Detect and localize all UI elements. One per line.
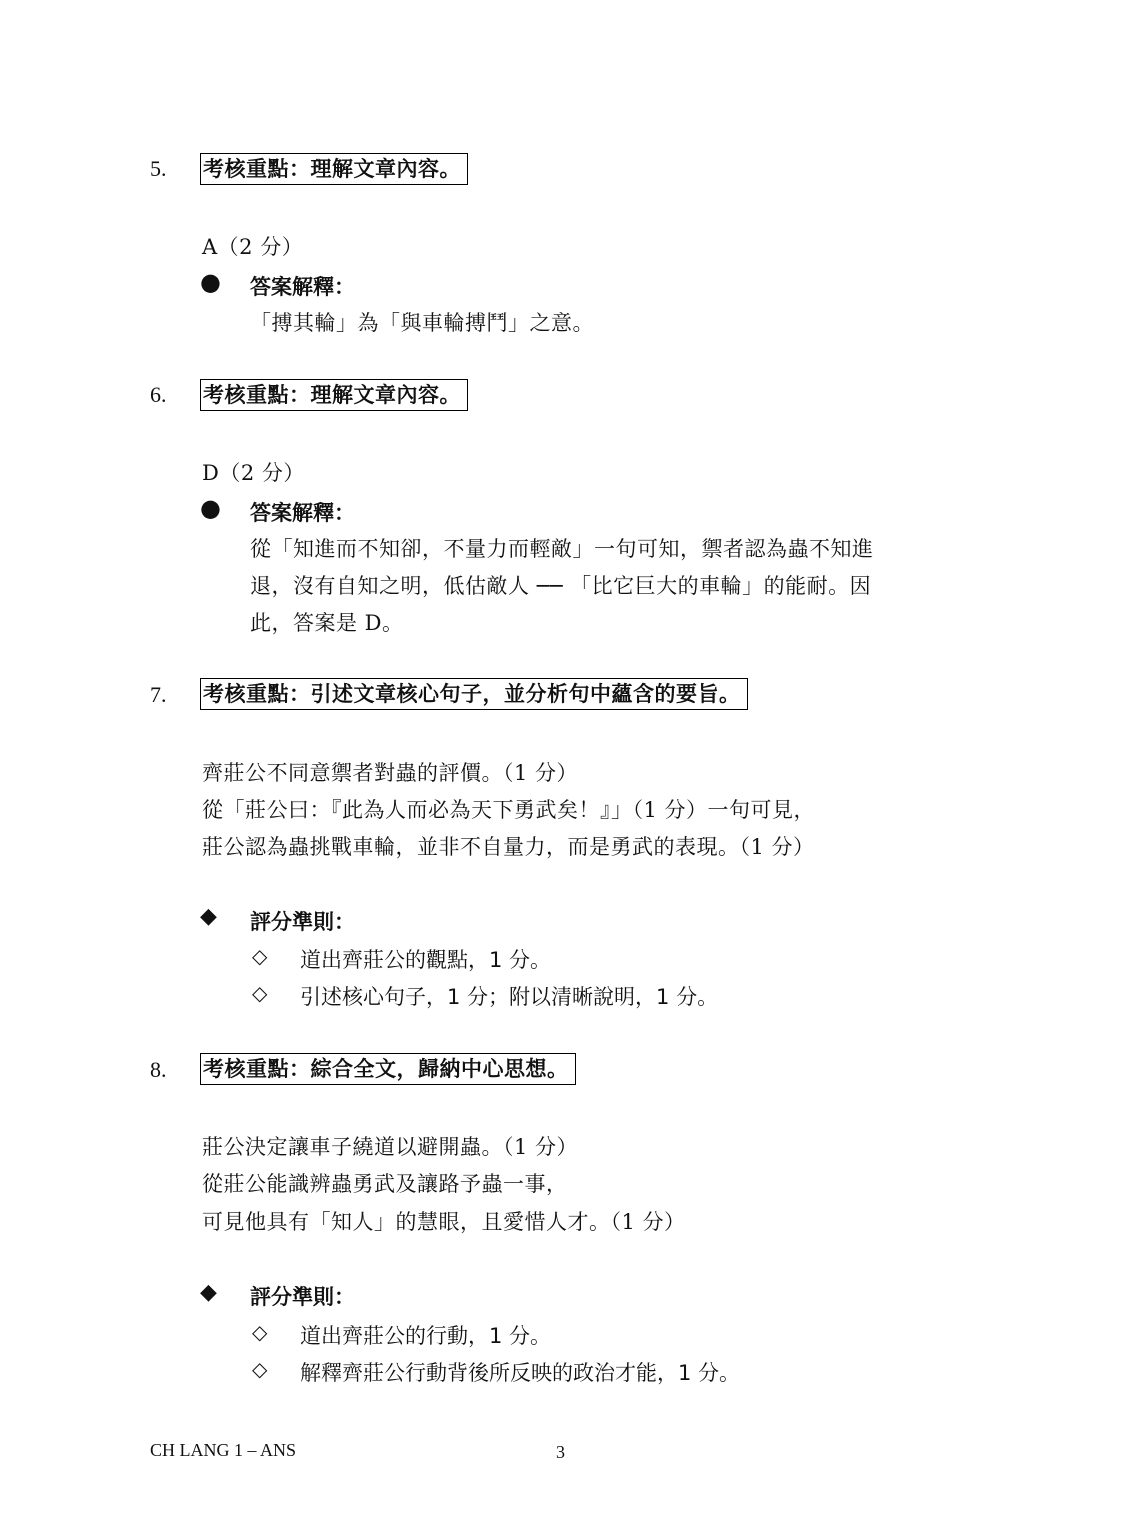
criteria-label: 評分準則： bbox=[250, 1281, 355, 1311]
answer-choice: D（2 分） bbox=[202, 457, 305, 487]
explanation-line: 退，沒有自知之明，低估敵人 ── 「比它巨大的車輪」的能耐。因 bbox=[250, 570, 871, 600]
assessment-focus-box: 考核重點：引述文章核心句子，並分析句中蘊含的要旨。 bbox=[200, 678, 748, 710]
answer-line: 從「莊公曰：『此為人而必為天下勇武矣！』」（1 分）一句可見， bbox=[202, 794, 815, 824]
page-number: 3 bbox=[556, 1442, 565, 1463]
hollow-diamond-icon: ◇ bbox=[252, 981, 267, 1005]
diamond-icon: ◆ bbox=[200, 904, 217, 929]
explanation-line: 從「知進而不知卻，不量力而輕敵」一句可知，禦者認為蟲不知進 bbox=[250, 533, 874, 563]
answer-line: 莊公認為蟲挑戰車輪，並非不自量力，而是勇武的表現。（1 分） bbox=[202, 831, 815, 861]
hollow-diamond-icon: ◇ bbox=[252, 1320, 267, 1344]
explanation-label: 答案解釋： bbox=[250, 497, 355, 527]
criteria-label: 評分準則： bbox=[250, 906, 355, 936]
bullet-icon: ● bbox=[200, 268, 221, 296]
diamond-icon: ◆ bbox=[200, 1280, 217, 1305]
criterion-item: 引述核心句子，1 分；附以清晰說明，1 分。 bbox=[300, 981, 718, 1011]
answer-choice: A（2 分） bbox=[202, 231, 303, 261]
assessment-focus-box: 考核重點：綜合全文，歸納中心思想。 bbox=[200, 1053, 576, 1085]
bullet-icon: ● bbox=[200, 494, 221, 522]
answer-line: 齊莊公不同意禦者對蟲的評價。（1 分） bbox=[202, 757, 578, 787]
assessment-focus-box: 考核重點：理解文章內容。 bbox=[200, 153, 468, 185]
assessment-focus-box: 考核重點：理解文章內容。 bbox=[200, 379, 468, 411]
answer-line: 可見他具有「知人」的慧眼，且愛惜人才。（1 分） bbox=[202, 1206, 686, 1236]
answer-line: 莊公決定讓車子繞道以避開蟲。（1 分） bbox=[202, 1131, 578, 1161]
explanation-label: 答案解釋： bbox=[250, 271, 355, 301]
criterion-item: 道出齊莊公的行動，1 分。 bbox=[300, 1320, 551, 1350]
hollow-diamond-icon: ◇ bbox=[252, 944, 267, 968]
explanation-line: 「搏其輪」為「與車輪搏鬥」之意。 bbox=[250, 307, 594, 337]
criterion-item: 解釋齊莊公行動背後所反映的政治才能，1 分。 bbox=[300, 1357, 740, 1387]
criterion-item: 道出齊莊公的觀點，1 分。 bbox=[300, 944, 551, 974]
hollow-diamond-icon: ◇ bbox=[252, 1357, 267, 1381]
explanation-line: 此，答案是 D。 bbox=[250, 607, 404, 637]
question-number: 7. bbox=[150, 682, 167, 708]
question-number: 6. bbox=[150, 382, 167, 408]
answer-line: 從莊公能識辨蟲勇武及讓路予蟲一事， bbox=[202, 1168, 568, 1198]
footer-code: CH LANG 1 – ANS bbox=[150, 1440, 296, 1461]
question-number: 8. bbox=[150, 1057, 167, 1083]
question-number: 5. bbox=[150, 156, 167, 182]
